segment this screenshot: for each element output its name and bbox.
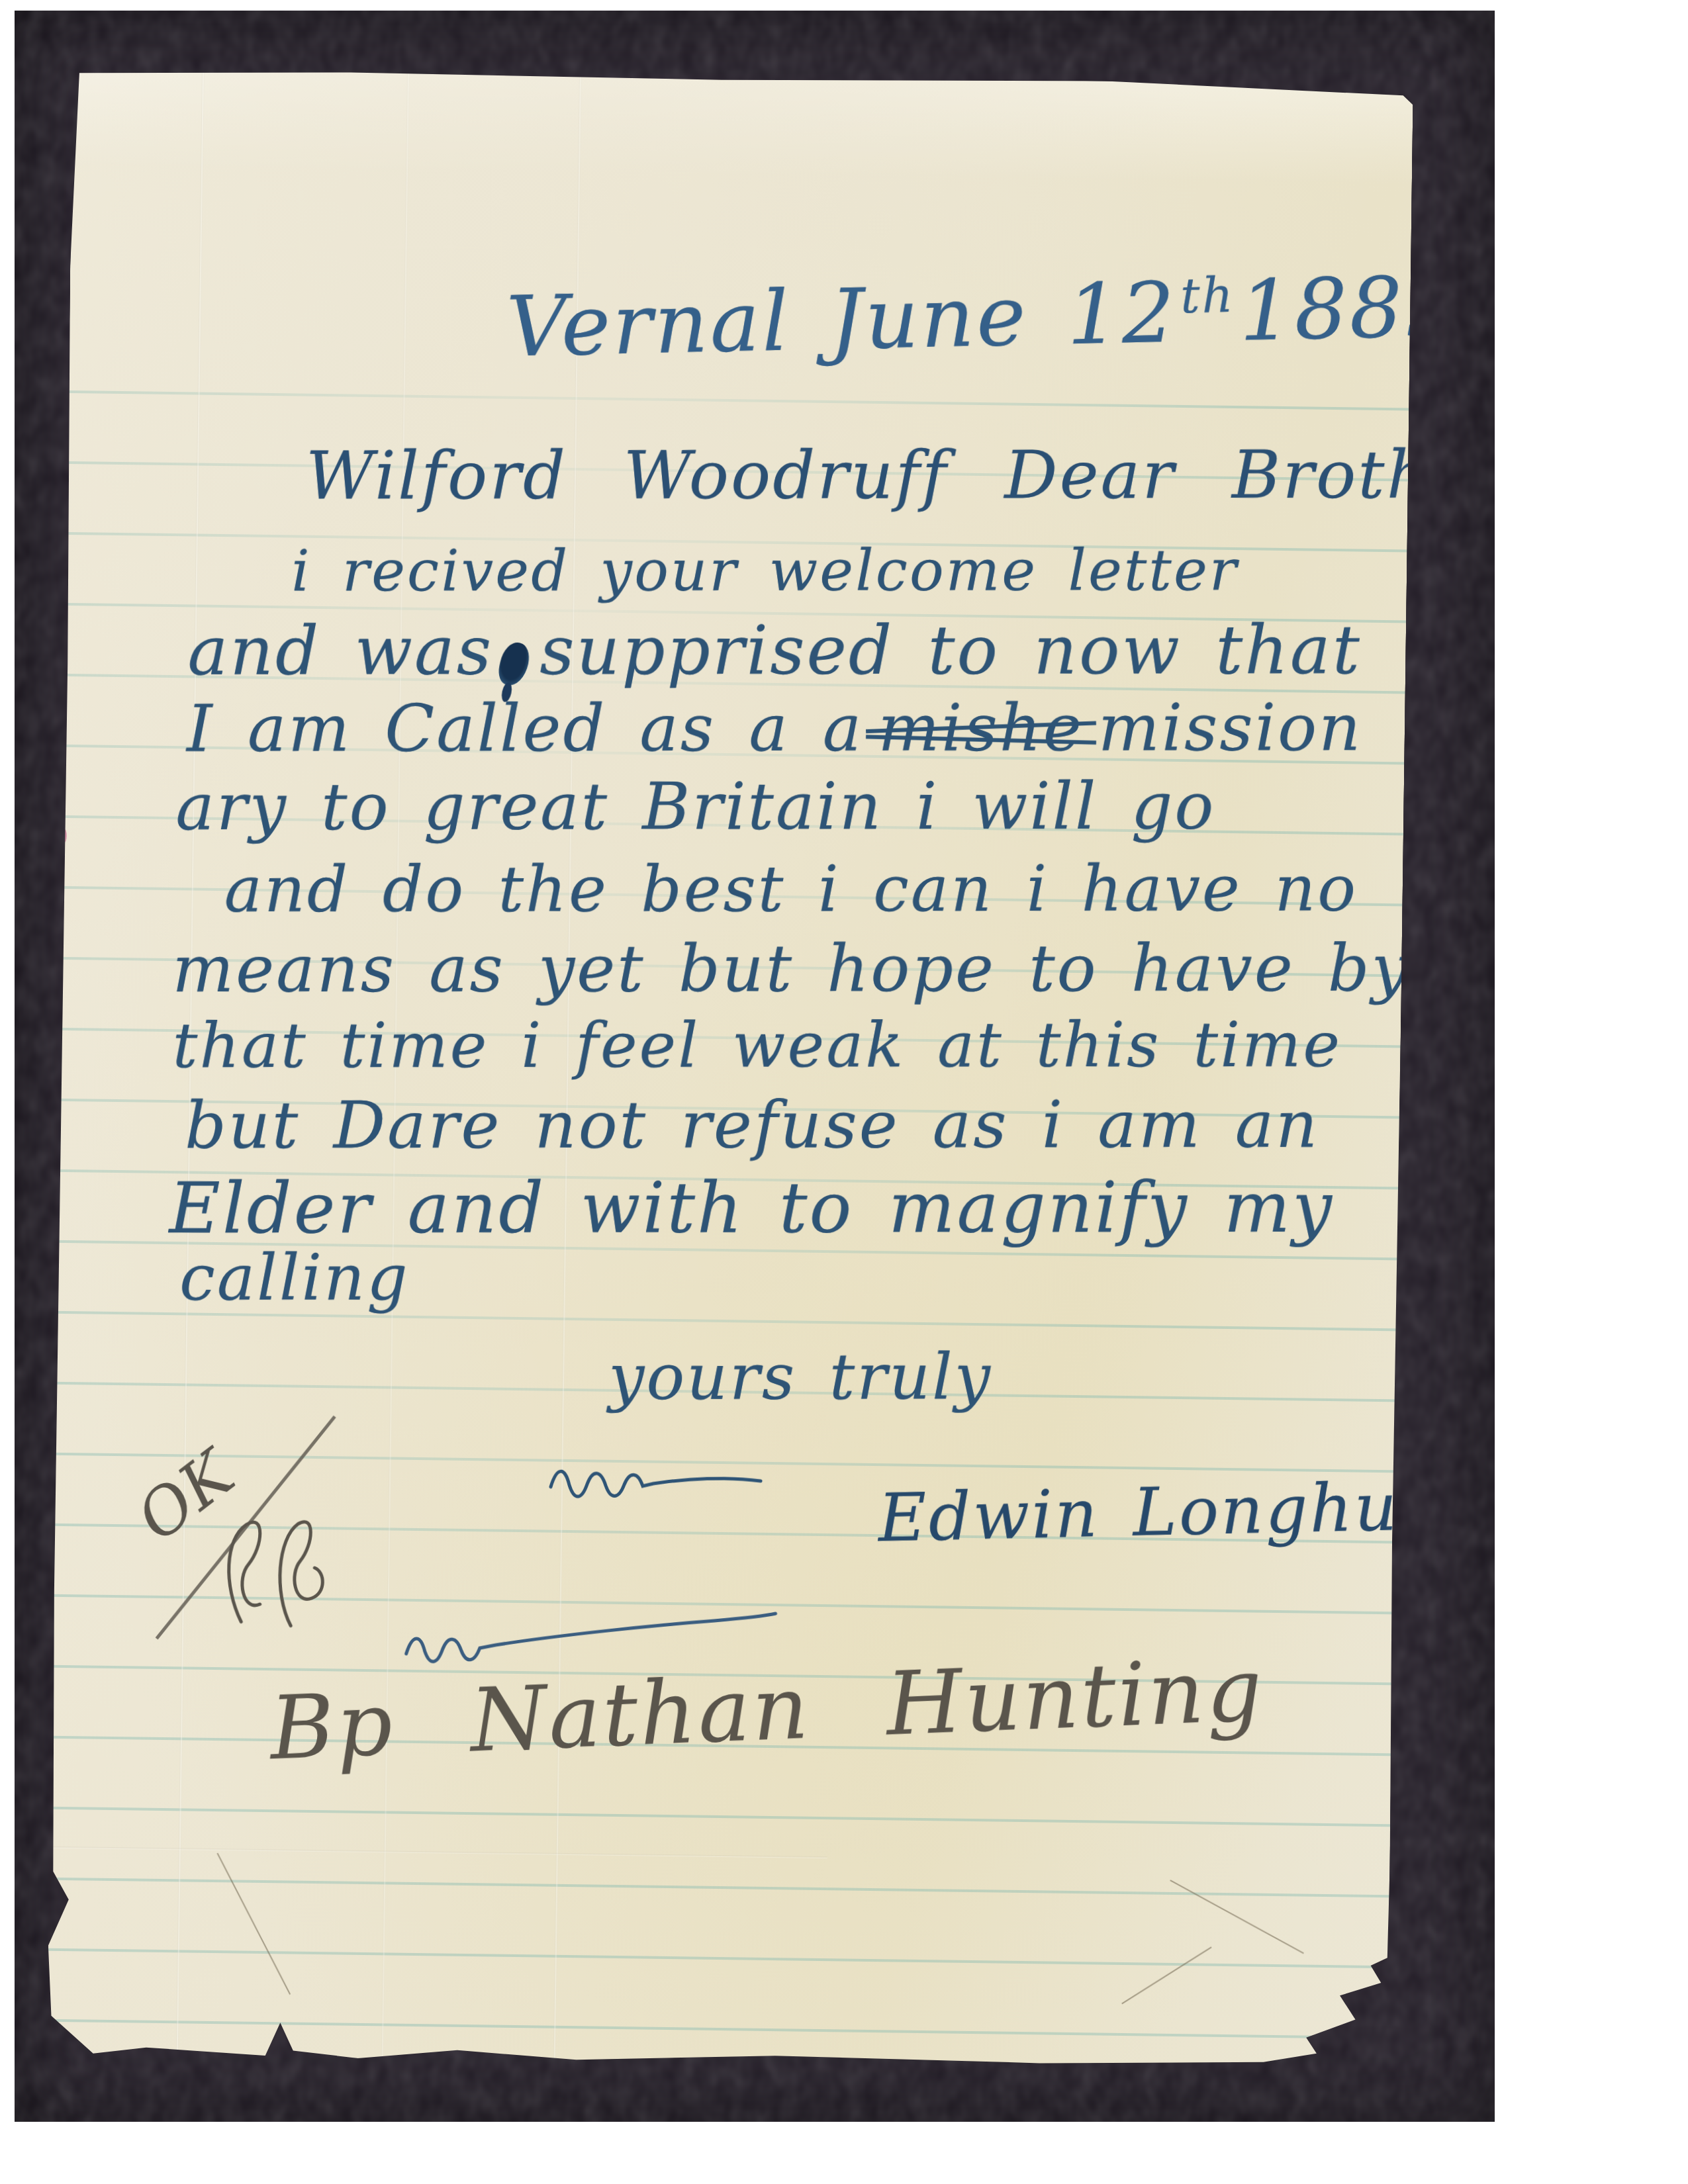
body-line-2: and wassupprised to now that (187, 614, 1361, 689)
body-line-1: i recived your welcome letter (291, 539, 1239, 603)
salutation-line: Wilford Woodruff Dear Brother (306, 439, 1506, 513)
crossed-out-word: mishe (878, 691, 1084, 766)
body-line-5: and do the best i can i have no (224, 854, 1358, 925)
ink-flourish-squiggle (547, 1457, 767, 1513)
scan-dark-background: Vernal June 12th1889 Wilford Woodruff De… (15, 11, 1495, 2122)
body-line-6: means as yet but hope to have by (172, 934, 1410, 1006)
ink-blot (496, 640, 532, 688)
dateline: Vernal June 12th1889 (506, 261, 1460, 373)
body-line-3-end: mission (1098, 690, 1362, 766)
body-line-4: ary to great Britain i will go (175, 772, 1215, 844)
letter-paper: Vernal June 12th1889 Wilford Woodruff De… (47, 68, 1413, 2073)
dateline-ordinal: th (1180, 267, 1235, 325)
body-line-7: that time i feel weak at this time (173, 1011, 1342, 1081)
body-line-9: Elder and with to magnify my (169, 1169, 1334, 1248)
pencil-approval-mark: OK (121, 1418, 389, 1673)
body-line-3-start: I am Called as a a (187, 691, 863, 767)
body-line-2-start: and was (187, 612, 493, 690)
body-line-10: calling (179, 1243, 409, 1313)
body-line-3: I am Called as a amishemission (187, 693, 1362, 765)
body-line-8: but Dare not refuse as i am an (185, 1090, 1319, 1162)
scan-page: Vernal June 12th1889 Wilford Woodruff De… (0, 0, 1688, 2184)
dateline-place-date: Vernal June 12 (506, 264, 1178, 376)
body-line-2-end: supprised to now that (539, 611, 1362, 690)
closing-line: yours truly (608, 1342, 992, 1412)
signature: Edwin Longhurst (877, 1469, 1497, 1555)
dateline-year: 1889 (1239, 257, 1461, 359)
pencil-initials-scribble (221, 1499, 336, 1633)
